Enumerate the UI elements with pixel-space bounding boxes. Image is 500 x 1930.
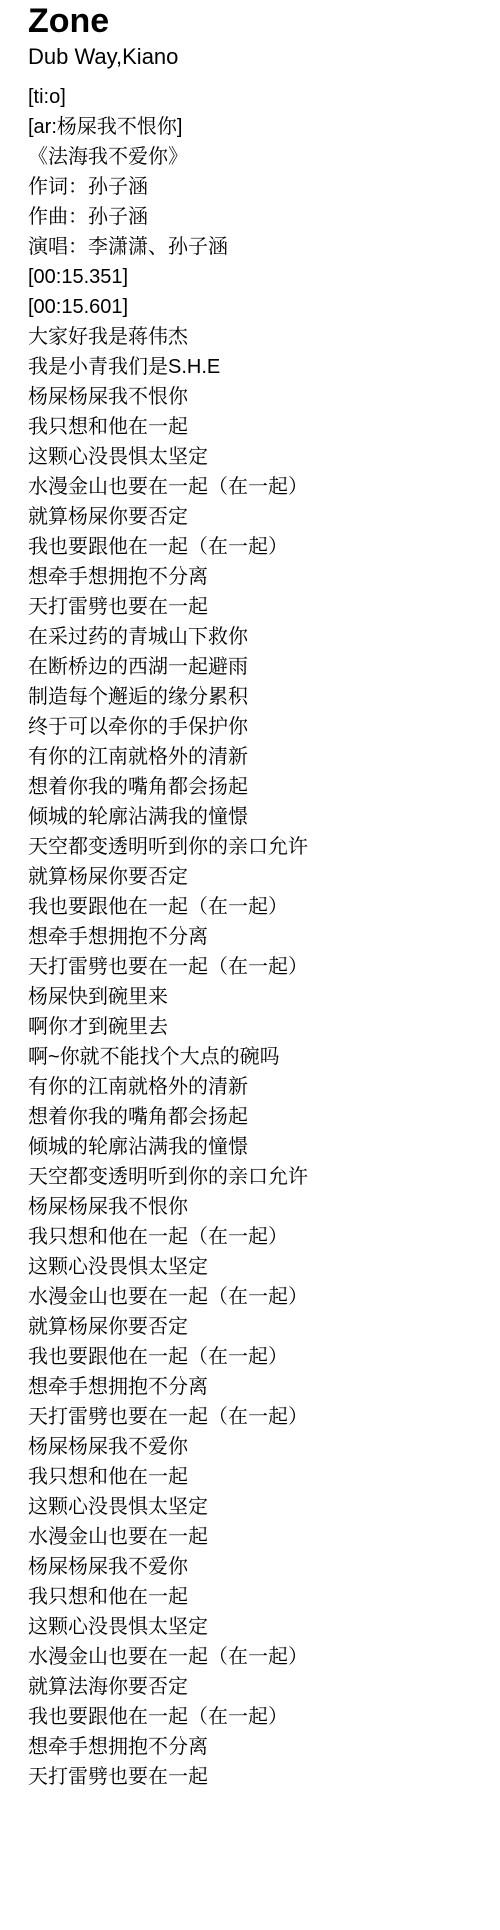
lyric-line: [ti:o] (28, 82, 480, 112)
lyrics-list: [ti:o][ar:杨屎我不恨你]《法海我不爱你》作词：孙子涵作曲：孙子涵演唱：… (28, 82, 480, 1792)
lyric-line: 制造每个邂逅的缘分累积 (28, 682, 480, 712)
lyric-line: 想牵手想拥抱不分离 (28, 562, 480, 592)
lyric-line: 有你的江南就格外的清新 (28, 1072, 480, 1102)
lyric-line: 天空都变透明听到你的亲口允许 (28, 1162, 480, 1192)
lyric-line: 想牵手想拥抱不分离 (28, 922, 480, 952)
lyric-line: 作曲：孙子涵 (28, 202, 480, 232)
lyric-line: 我只想和他在一起 (28, 1582, 480, 1612)
lyric-line: 终于可以牵你的手保护你 (28, 712, 480, 742)
lyric-line: [ar:杨屎我不恨你] (28, 112, 480, 142)
lyric-line: 就算杨屎你要否定 (28, 502, 480, 532)
lyric-line: 想着你我的嘴角都会扬起 (28, 1102, 480, 1132)
lyric-line: 有你的江南就格外的清新 (28, 742, 480, 772)
lyric-line: 想牵手想拥抱不分离 (28, 1732, 480, 1762)
lyric-line: [00:15.601] (28, 292, 480, 322)
lyric-line: 这颗心没畏惧太坚定 (28, 1492, 480, 1522)
lyric-line: 杨屎杨屎我不爱你 (28, 1552, 480, 1582)
lyric-line: 倾城的轮廓沾满我的憧憬 (28, 1132, 480, 1162)
lyric-line: 作词：孙子涵 (28, 172, 480, 202)
lyric-line: 想着你我的嘴角都会扬起 (28, 772, 480, 802)
page-title: Zone (28, 4, 480, 40)
lyrics-page: Zone Dub Way,Kiano [ti:o][ar:杨屎我不恨你]《法海我… (0, 0, 500, 1930)
lyric-line: 这颗心没畏惧太坚定 (28, 1252, 480, 1282)
lyric-line: 想牵手想拥抱不分离 (28, 1372, 480, 1402)
lyric-line: 啊你才到碗里去 (28, 1012, 480, 1042)
lyric-line: 水漫金山也要在一起 (28, 1522, 480, 1552)
lyric-line: 在采过药的青城山下救你 (28, 622, 480, 652)
lyric-line: 天空都变透明听到你的亲口允许 (28, 832, 480, 862)
lyric-line: 杨屎快到碗里来 (28, 982, 480, 1012)
lyric-line: 我是小青我们是S.H.E (28, 352, 480, 382)
lyric-line: 就算法海你要否定 (28, 1672, 480, 1702)
lyric-line: 演唱：李潇潇、孙子涵 (28, 232, 480, 262)
lyric-line: 杨屎杨屎我不恨你 (28, 382, 480, 412)
lyric-line: 这颗心没畏惧太坚定 (28, 442, 480, 472)
lyric-line: 我只想和他在一起（在一起） (28, 1222, 480, 1252)
lyric-line: 就算杨屎你要否定 (28, 862, 480, 892)
lyric-line: 水漫金山也要在一起（在一起） (28, 1282, 480, 1312)
lyric-line: 水漫金山也要在一起（在一起） (28, 472, 480, 502)
lyric-line: 水漫金山也要在一起（在一起） (28, 1642, 480, 1672)
lyric-line: 我也要跟他在一起（在一起） (28, 1702, 480, 1732)
lyric-line: 我也要跟他在一起（在一起） (28, 892, 480, 922)
lyric-line: 在断桥边的西湖一起避雨 (28, 652, 480, 682)
lyric-line: 就算杨屎你要否定 (28, 1312, 480, 1342)
lyric-line: 我只想和他在一起 (28, 412, 480, 442)
lyric-line: [00:15.351] (28, 262, 480, 292)
lyric-line: 杨屎杨屎我不恨你 (28, 1192, 480, 1222)
lyric-line: 天打雷劈也要在一起 (28, 592, 480, 622)
lyric-line: 杨屎杨屎我不爱你 (28, 1432, 480, 1462)
lyric-line: 这颗心没畏惧太坚定 (28, 1612, 480, 1642)
lyric-line: 天打雷劈也要在一起 (28, 1762, 480, 1792)
lyric-line: 啊~你就不能找个大点的碗吗 (28, 1042, 480, 1072)
lyric-line: 天打雷劈也要在一起（在一起） (28, 952, 480, 982)
lyric-line: 倾城的轮廓沾满我的憧憬 (28, 802, 480, 832)
lyric-line: 天打雷劈也要在一起（在一起） (28, 1402, 480, 1432)
lyric-line: 我也要跟他在一起（在一起） (28, 532, 480, 562)
lyric-line: 《法海我不爱你》 (28, 142, 480, 172)
lyric-line: 我只想和他在一起 (28, 1462, 480, 1492)
artist-names: Dub Way,Kiano (28, 46, 480, 68)
lyric-line: 我也要跟他在一起（在一起） (28, 1342, 480, 1372)
lyric-line: 大家好我是蒋伟杰 (28, 322, 480, 352)
